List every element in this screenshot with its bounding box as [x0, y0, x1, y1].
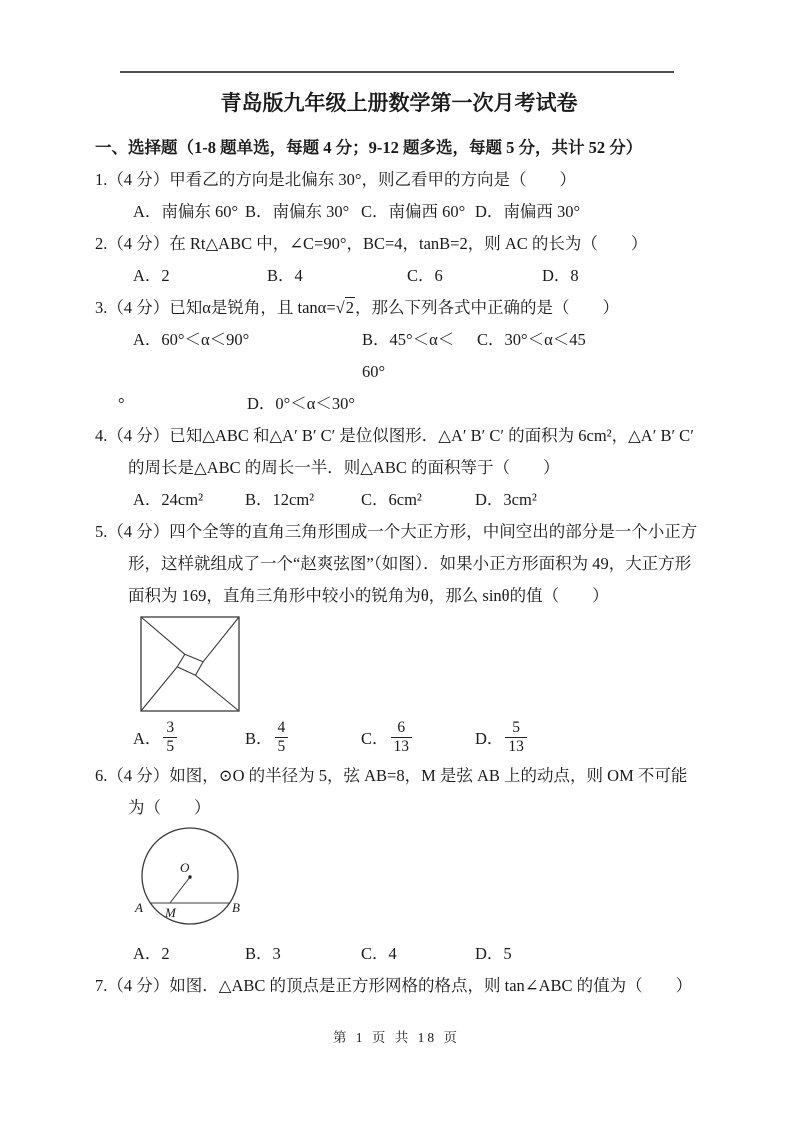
question-2-options: A．2 B．4 C．6 D．8: [133, 260, 703, 292]
option-b: B．4: [267, 260, 407, 292]
denominator: 5: [275, 738, 289, 755]
option-a: A．2: [133, 260, 267, 292]
option-c-wrap: °: [118, 388, 247, 420]
option-c: C．6cm²: [361, 484, 475, 516]
question-3-options-row-1: A．60°＜α＜90° B．45°＜α＜60° C．30°＜α＜45: [133, 324, 703, 388]
question-4-options: A．24cm² B．12cm² C．6cm² D．3cm²: [133, 484, 703, 516]
chord-endpoint-a-label: A: [134, 900, 143, 915]
option-d: D．南偏西 30°: [475, 196, 703, 228]
question-5: 5.（4 分）四个全等的直角三角形围成一个大正方形，中间空出的部分是一个小正方形…: [95, 516, 703, 760]
option-d: D．3cm²: [475, 484, 703, 516]
option-label: A．: [133, 725, 161, 749]
circle-chord-diagram: O A M B: [128, 824, 253, 938]
option-label: C．: [361, 725, 389, 749]
sqrt-radicand: 2: [345, 297, 355, 317]
question-6: 6.（4 分）如图，⊙O 的半径为 5，弦 AB=8，M 是弦 AB 上的动点，…: [95, 760, 703, 970]
question-3-options-row-2: ° D．0°＜α＜30°: [118, 388, 703, 420]
numerator: 5: [505, 719, 527, 737]
option-a: A． 3 5: [133, 719, 245, 755]
header-rule: [120, 71, 674, 73]
page-content: 青岛版九年级上册数学第一次月考试卷 一、选择题（1-8 题单选，每题 4 分；9…: [95, 86, 703, 1002]
numerator: 6: [391, 719, 413, 737]
question-7-stem: 7.（4 分）如图．△ABC 的顶点是正方形网格的格点，则 tan∠ABC 的值…: [95, 970, 703, 1002]
exam-page: 青岛版九年级上册数学第一次月考试卷 一、选择题（1-8 题单选，每题 4 分；9…: [0, 0, 793, 1122]
option-label: B．: [245, 725, 273, 749]
question-6-options: A．2 B．3 C．4 D．5: [133, 938, 703, 970]
denominator: 13: [505, 738, 527, 755]
option-d: D．0°＜α＜30°: [247, 388, 703, 420]
option-c: C．6: [407, 260, 542, 292]
option-d: D．5: [475, 938, 703, 970]
sqrt-radical: √2: [336, 297, 355, 317]
option-b: B．南偏东 30°: [245, 196, 361, 228]
question-4-stem: 4.（4 分）已知△ABC 和△A′ B′ C′ 是位似图形．△A′ B′ C′…: [95, 420, 703, 484]
option-b: B．3: [245, 938, 361, 970]
option-d: D． 5 13: [475, 719, 703, 755]
question-1-stem: 1.（4 分）甲看乙的方向是北偏东 30°，则乙看甲的方向是（ ）: [95, 164, 703, 196]
option-a: A．24cm²: [133, 484, 245, 516]
option-c: C．30°＜α＜45: [477, 324, 703, 388]
stem-text: 3.（4 分）已知α是锐角，且 tanα=: [95, 298, 336, 317]
fraction: 4 5: [275, 719, 289, 755]
question-2: 2.（4 分）在 Rt△ABC 中，∠C=90°，BC=4，tanB=2，则 A…: [95, 228, 703, 292]
page-indicator: 第 1 页 共 18 页: [0, 1030, 793, 1046]
option-label: D．: [475, 725, 503, 749]
fraction: 5 13: [505, 719, 527, 755]
question-1: 1.（4 分）甲看乙的方向是北偏东 30°，则乙看甲的方向是（ ） A．南偏东 …: [95, 164, 703, 228]
denominator: 13: [391, 738, 413, 755]
option-a: A．2: [133, 938, 245, 970]
denominator: 5: [163, 738, 177, 755]
question-3: 3.（4 分）已知α是锐角，且 tanα=√2，那么下列各式中正确的是（ ） A…: [95, 292, 703, 420]
option-b: B．12cm²: [245, 484, 361, 516]
fraction: 6 13: [391, 719, 413, 755]
section-heading: 一、选择题（1-8 题单选，每题 4 分；9-12 题多选，每题 5 分，共计 …: [95, 132, 703, 164]
option-c: C．4: [361, 938, 475, 970]
question-1-options: A．南偏东 60° B．南偏东 30° C．南偏西 60° D．南偏西 30°: [133, 196, 703, 228]
question-2-stem: 2.（4 分）在 Rt△ABC 中，∠C=90°，BC=4，tanB=2，则 A…: [95, 228, 703, 260]
numerator: 4: [275, 719, 289, 737]
question-3-stem: 3.（4 分）已知α是锐角，且 tanα=√2，那么下列各式中正确的是（ ）: [95, 292, 703, 324]
option-a: A．南偏东 60°: [133, 196, 245, 228]
option-d: D．8: [542, 260, 703, 292]
option-c: C．南偏西 60°: [361, 196, 475, 228]
numerator: 3: [163, 719, 177, 737]
stem-text: ，那么下列各式中正确的是（ ）: [355, 298, 619, 317]
option-b: B． 4 5: [245, 719, 361, 755]
zhao-shuang-diagram: [140, 616, 240, 712]
question-6-stem: 6.（4 分）如图，⊙O 的半径为 5，弦 AB=8，M 是弦 AB 上的动点，…: [95, 760, 703, 824]
question-4: 4.（4 分）已知△ABC 和△A′ B′ C′ 是位似图形．△A′ B′ C′…: [95, 420, 703, 516]
chord-endpoint-b-label: B: [232, 900, 240, 915]
question-5-options: A． 3 5 B． 4 5 C． 6: [133, 714, 703, 760]
option-c: C． 6 13: [361, 719, 475, 755]
question-7: 7.（4 分）如图．△ABC 的顶点是正方形网格的格点，则 tan∠ABC 的值…: [95, 970, 703, 1002]
fraction: 3 5: [163, 719, 177, 755]
page-title: 青岛版九年级上册数学第一次月考试卷: [95, 86, 703, 120]
option-b: B．45°＜α＜60°: [362, 324, 477, 388]
point-m-label: M: [164, 905, 177, 920]
circle-center-label: O: [180, 860, 190, 875]
option-a: A．60°＜α＜90°: [133, 324, 362, 388]
question-5-stem: 5.（4 分）四个全等的直角三角形围成一个大正方形，中间空出的部分是一个小正方形…: [95, 516, 703, 612]
